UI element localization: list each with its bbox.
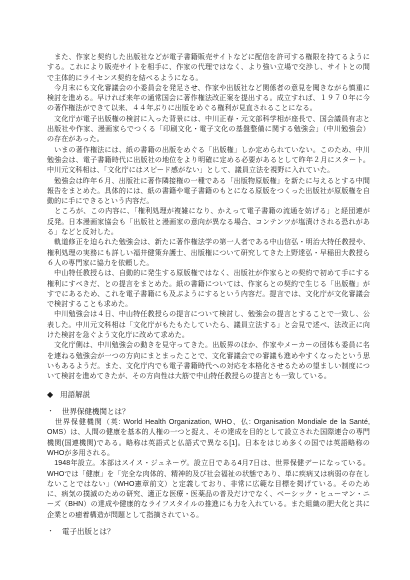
glossary-entry-title-text: 世界保健機関とは？ xyxy=(62,407,130,417)
dot-bullet-icon: ・ xyxy=(47,527,54,537)
glossary-entry-title-text: 電子出版とは？ xyxy=(62,527,115,537)
article-paragraph: ところが、この内容に、「権利処理が複雑になり、かえって電子書籍の流通を妨げる」と… xyxy=(47,207,370,238)
article-paragraph: いまの著作権法には、紙の書籍の出版をめぐる「出版権」しか定められていない。このた… xyxy=(47,146,370,177)
glossary-entry-paragraph: 1948年設立。本部はスイス・ジュネーヴ。設立日である4月7日は、世界保健デーに… xyxy=(47,459,370,521)
article-paragraph: また、作家と契約した出版社などが電子書籍販売サイトなどに配信を許可する権限を持て… xyxy=(47,53,370,84)
document-content: また、作家と契約した出版社などが電子書籍販売サイトなどに配信を許可する権限を持て… xyxy=(47,53,370,538)
document-page: また、作家と契約した出版社などが電子書籍販売サイトなどに配信を許可する権限を持て… xyxy=(0,0,410,580)
article-paragraph: 中山特任教授らは、自動的に発生する原版権ではなく、出版社が作家らとの契約で初めて… xyxy=(47,269,370,310)
article-paragraph: 今月末にも文化審議会の小委員会を発足させ、作家や出版社など関係者の意見を聞きなが… xyxy=(47,84,370,115)
glossary-header-label: 用語解説 xyxy=(60,390,90,400)
glossary-entry-paragraph: 世界保健機関（英: World Health Organization, WHO… xyxy=(47,418,370,459)
glossary-section-header: ◆ 用語解説 xyxy=(47,390,370,400)
glossary-entry-epublishing: ・ 電子出版とは？ xyxy=(47,527,370,537)
article-paragraph: 中川勉強会は４日、中山特任教授らの提言について検討し、勉強会の提言とすることで一… xyxy=(47,310,370,341)
article-paragraph: 勉強会は昨年６月、出版社に著作隣接権の一種である「出版物原版権」を新たに与えると… xyxy=(47,177,370,208)
article-paragraph: 文化庁が電子出版権の検討に入った背景には、中川正春・元文部科学相が座長で、国会議… xyxy=(47,115,370,146)
diamond-bullet-icon: ◆ xyxy=(47,390,53,400)
glossary-section: ◆ 用語解説 ・ 世界保健機関とは？ 世界保健機関（英: World Healt… xyxy=(47,390,370,538)
glossary-entry-who: ・ 世界保健機関とは？ 世界保健機関（英: World Health Organ… xyxy=(47,407,370,521)
glossary-entry-title: ・ 世界保健機関とは？ xyxy=(47,407,370,417)
article-paragraph: 文化庁側は、中川勉強会の動きを見守ってきた。出版界のほか、作家やメーカーの団体も… xyxy=(47,341,370,382)
news-article: また、作家と契約した出版社などが電子書籍販売サイトなどに配信を許可する権限を持て… xyxy=(47,53,370,383)
dot-bullet-icon: ・ xyxy=(47,407,54,417)
glossary-entry-title: ・ 電子出版とは？ xyxy=(47,527,370,537)
article-paragraph: 軌道修正を迫られた勉強会は、新たに著作権法学の第一人者である中山信弘・明治大特任… xyxy=(47,238,370,269)
